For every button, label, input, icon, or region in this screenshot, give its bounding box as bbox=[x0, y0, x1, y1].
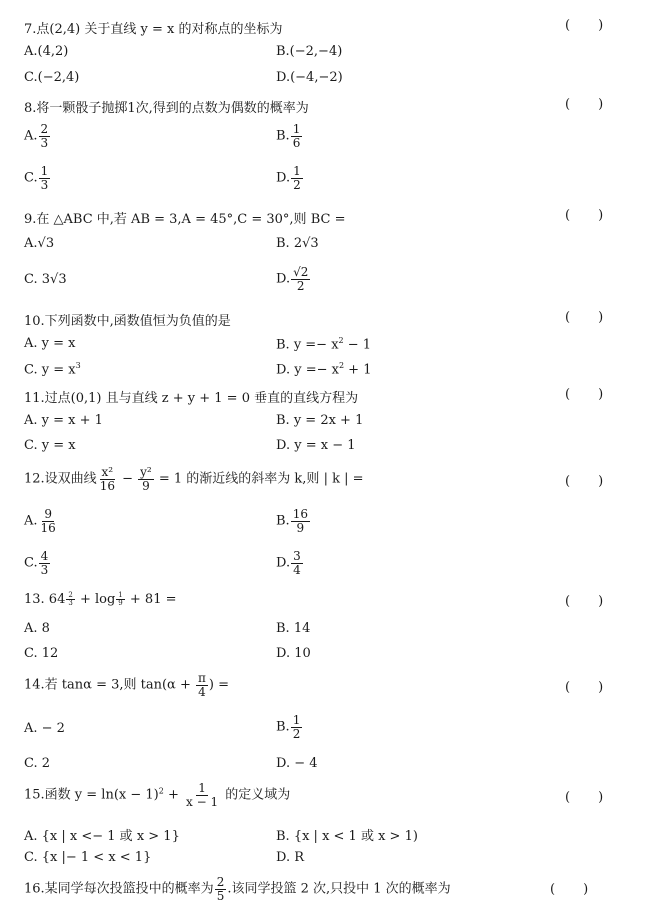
question-9-option-a: A.√3 bbox=[24, 236, 54, 251]
question-14-stem: 14.若 tanα = 3,则 tan(α + π4) = bbox=[24, 672, 229, 698]
denominator: 3 bbox=[39, 179, 51, 192]
option-label: D. bbox=[276, 272, 290, 287]
question-7-option-c: C.(−2,4) bbox=[24, 70, 79, 85]
question-13-answer-blank: () bbox=[565, 594, 603, 609]
stem-text: + log bbox=[76, 592, 115, 607]
denominator: 9 bbox=[116, 600, 124, 607]
sqrt-value: √3 bbox=[38, 236, 55, 251]
denominator: 16 bbox=[39, 522, 58, 535]
question-13-option-a: A. 8 bbox=[24, 621, 50, 636]
question-7-option-b: B.(−2,−4) bbox=[276, 44, 342, 59]
question-10-option-a: A. y = x bbox=[24, 336, 76, 351]
question-12-stem: 12.设双曲线x²16 − y²9 = 1 的渐近线的斜率为 k,则 | k |… bbox=[24, 466, 364, 492]
question-12-option-a: A.916 bbox=[24, 508, 59, 534]
question-9-option-d: D.√22 bbox=[276, 266, 311, 292]
denominator: 9 bbox=[295, 522, 307, 535]
expression: C. y = x bbox=[24, 362, 76, 377]
fraction: y²9 bbox=[138, 466, 154, 492]
question-14-option-c: C. 2 bbox=[24, 756, 50, 771]
question-15-stem: 15.函数 y = ln(x − 1)2 + 1x − 1 的定义域为 bbox=[24, 782, 290, 808]
question-12-answer-blank: () bbox=[565, 474, 603, 489]
stem-text: 12.设双曲线 bbox=[24, 472, 97, 487]
option-label: A. bbox=[24, 129, 38, 144]
question-7-stem: 7.点(2,4) 关于直线 y = x 的对称点的坐标为 bbox=[24, 18, 282, 37]
operator: + bbox=[164, 788, 183, 803]
question-10-answer-blank: () bbox=[565, 310, 603, 325]
question-13-option-b: B. 14 bbox=[276, 621, 310, 636]
numerator: 4 bbox=[39, 550, 51, 564]
question-15-answer-blank: () bbox=[565, 790, 603, 805]
option-label: A. bbox=[24, 236, 38, 251]
numerator: 1 bbox=[291, 123, 303, 137]
option-label: B. bbox=[276, 514, 290, 529]
fraction: 34 bbox=[291, 550, 303, 576]
option-label: C. 3 bbox=[24, 272, 50, 287]
numerator: 3 bbox=[291, 550, 303, 564]
numerator: 1 bbox=[39, 165, 51, 179]
question-12-option-b: B.169 bbox=[276, 508, 311, 534]
expression: D. y =− x bbox=[276, 362, 339, 377]
question-15-option-d: D. R bbox=[276, 850, 304, 865]
numerator: 1 bbox=[291, 165, 303, 179]
log-base-fraction: 19 bbox=[116, 592, 124, 608]
fraction: x²16 bbox=[98, 466, 117, 492]
fraction: √22 bbox=[291, 266, 310, 292]
fraction: 12 bbox=[291, 165, 303, 191]
stem-text: .该同学投篮 2 次,只投中 1 次的概率为 bbox=[227, 882, 450, 897]
question-15-option-a: A. {x | x <− 1 或 x > 1} bbox=[24, 825, 180, 844]
question-10-option-d: D. y =− x2 + 1 bbox=[276, 361, 371, 377]
question-11-option-a: A. y = x + 1 bbox=[24, 413, 103, 428]
question-11-option-c: C. y = x bbox=[24, 438, 76, 453]
question-8-answer-blank: () bbox=[565, 97, 603, 112]
numerator: 2 bbox=[39, 123, 51, 137]
stem-text: 14.若 tanα = 3,则 tan(α + bbox=[24, 678, 195, 693]
stem-text: ) = bbox=[209, 678, 229, 693]
fraction: 25 bbox=[215, 876, 227, 902]
expression: B. y =− x bbox=[276, 337, 339, 352]
denominator: 2 bbox=[291, 728, 303, 741]
numerator: 1 bbox=[196, 782, 208, 796]
question-14-option-a: A. − 2 bbox=[24, 721, 65, 736]
fraction: 23 bbox=[39, 123, 51, 149]
question-11-option-d: D. y = x − 1 bbox=[276, 438, 356, 453]
numerator: π bbox=[196, 672, 208, 686]
question-15-option-c: C. {x |− 1 < x < 1} bbox=[24, 850, 151, 865]
question-10-stem: 10.下列函数中,函数值恒为负值的是 bbox=[24, 310, 231, 329]
denominator: 16 bbox=[98, 480, 117, 493]
denominator: x − 1 bbox=[184, 796, 220, 809]
numerator: y² bbox=[138, 466, 154, 480]
question-10-option-b: B. y =− x2 − 1 bbox=[276, 336, 371, 352]
question-14-option-d: D. − 4 bbox=[276, 756, 318, 771]
question-14-answer-blank: () bbox=[565, 680, 603, 695]
fraction: 43 bbox=[39, 550, 51, 576]
stem-text: 13. 64 bbox=[24, 592, 65, 607]
question-15-option-b: B. {x | x < 1 或 x > 1) bbox=[276, 825, 418, 844]
numerator: 9 bbox=[42, 508, 54, 522]
fraction: 12 bbox=[291, 714, 303, 740]
option-label: C. bbox=[24, 171, 38, 186]
fraction: 13 bbox=[39, 165, 51, 191]
question-8-option-a: A.23 bbox=[24, 123, 51, 149]
option-label: B. 2 bbox=[276, 236, 302, 251]
question-13-option-c: C. 12 bbox=[24, 646, 58, 661]
expression: + 1 bbox=[344, 362, 371, 377]
denominator: 5 bbox=[215, 890, 227, 903]
stem-text: + 81 = bbox=[126, 592, 177, 607]
fraction: 169 bbox=[291, 508, 310, 534]
question-9-answer-blank: () bbox=[565, 208, 603, 223]
exponent-fraction: 23 bbox=[66, 592, 74, 608]
question-14-option-b: B.12 bbox=[276, 714, 303, 740]
denominator: 3 bbox=[66, 600, 74, 607]
exponent: 3 bbox=[76, 361, 81, 370]
question-8-stem: 8.将一颗骰子抛掷1次,得到的点数为偶数的概率为 bbox=[24, 97, 309, 116]
question-8-option-c: C.13 bbox=[24, 165, 51, 191]
question-9-option-b: B. 2√3 bbox=[276, 236, 319, 251]
stem-text: 的定义域为 bbox=[221, 788, 290, 803]
numerator: 1 bbox=[291, 714, 303, 728]
question-7-option-a: A.(4,2) bbox=[24, 44, 68, 59]
fraction: π4 bbox=[196, 672, 208, 698]
numerator: √2 bbox=[291, 266, 310, 280]
question-12-option-c: C.43 bbox=[24, 550, 51, 576]
option-label: A. bbox=[24, 514, 38, 529]
question-8-option-b: B.16 bbox=[276, 123, 303, 149]
expression: − 1 bbox=[344, 337, 371, 352]
fraction: 1x − 1 bbox=[184, 782, 220, 808]
denominator: 4 bbox=[291, 564, 303, 577]
numerator: x² bbox=[100, 466, 116, 480]
option-label: B. bbox=[276, 129, 290, 144]
denominator: 4 bbox=[196, 686, 208, 699]
question-16-answer-blank: () bbox=[550, 882, 588, 897]
stem-text: = 1 的渐近线的斜率为 k,则 | k | = bbox=[155, 472, 364, 487]
stem-text: 15.函数 y = ln(x − 1) bbox=[24, 788, 159, 803]
question-7-option-d: D.(−4,−2) bbox=[276, 70, 343, 85]
question-10-option-c: C. y = x3 bbox=[24, 361, 81, 377]
denominator: 2 bbox=[291, 179, 303, 192]
option-label: D. bbox=[276, 556, 290, 571]
question-11-answer-blank: () bbox=[565, 387, 603, 402]
question-9-option-c: C. 3√3 bbox=[24, 272, 67, 287]
denominator: 2 bbox=[295, 280, 307, 293]
question-16-stem: 16.某同学每次投篮投中的概率为25.该同学投篮 2 次,只投中 1 次的概率为 bbox=[24, 876, 451, 902]
denominator: 6 bbox=[291, 137, 303, 150]
question-12-option-d: D.34 bbox=[276, 550, 304, 576]
fraction: 16 bbox=[291, 123, 303, 149]
question-9-stem: 9.在 △ABC 中,若 AB = 3,A = 45°,C = 30°,则 BC… bbox=[24, 208, 345, 227]
sqrt-value: √3 bbox=[302, 236, 319, 251]
option-label: D. bbox=[276, 171, 290, 186]
option-label: B. bbox=[276, 720, 290, 735]
question-13-stem: 13. 6423 + log19 + 81 = bbox=[24, 592, 177, 608]
numerator: 16 bbox=[291, 508, 310, 522]
question-13-option-d: D. 10 bbox=[276, 646, 311, 661]
question-11-stem: 11.过点(0,1) 且与直线 z + y + 1 = 0 垂直的直线方程为 bbox=[24, 387, 358, 406]
question-7-answer-blank: () bbox=[565, 18, 603, 33]
numerator: 2 bbox=[215, 876, 227, 890]
question-8-option-d: D.12 bbox=[276, 165, 304, 191]
option-label: C. bbox=[24, 556, 38, 571]
question-11-option-b: B. y = 2x + 1 bbox=[276, 413, 363, 428]
denominator: 9 bbox=[140, 480, 152, 493]
denominator: 3 bbox=[39, 137, 51, 150]
stem-text: 16.某同学每次投篮投中的概率为 bbox=[24, 882, 214, 897]
operator: − bbox=[118, 472, 137, 487]
fraction: 916 bbox=[39, 508, 58, 534]
denominator: 3 bbox=[39, 564, 51, 577]
sqrt-value: √3 bbox=[50, 272, 67, 287]
